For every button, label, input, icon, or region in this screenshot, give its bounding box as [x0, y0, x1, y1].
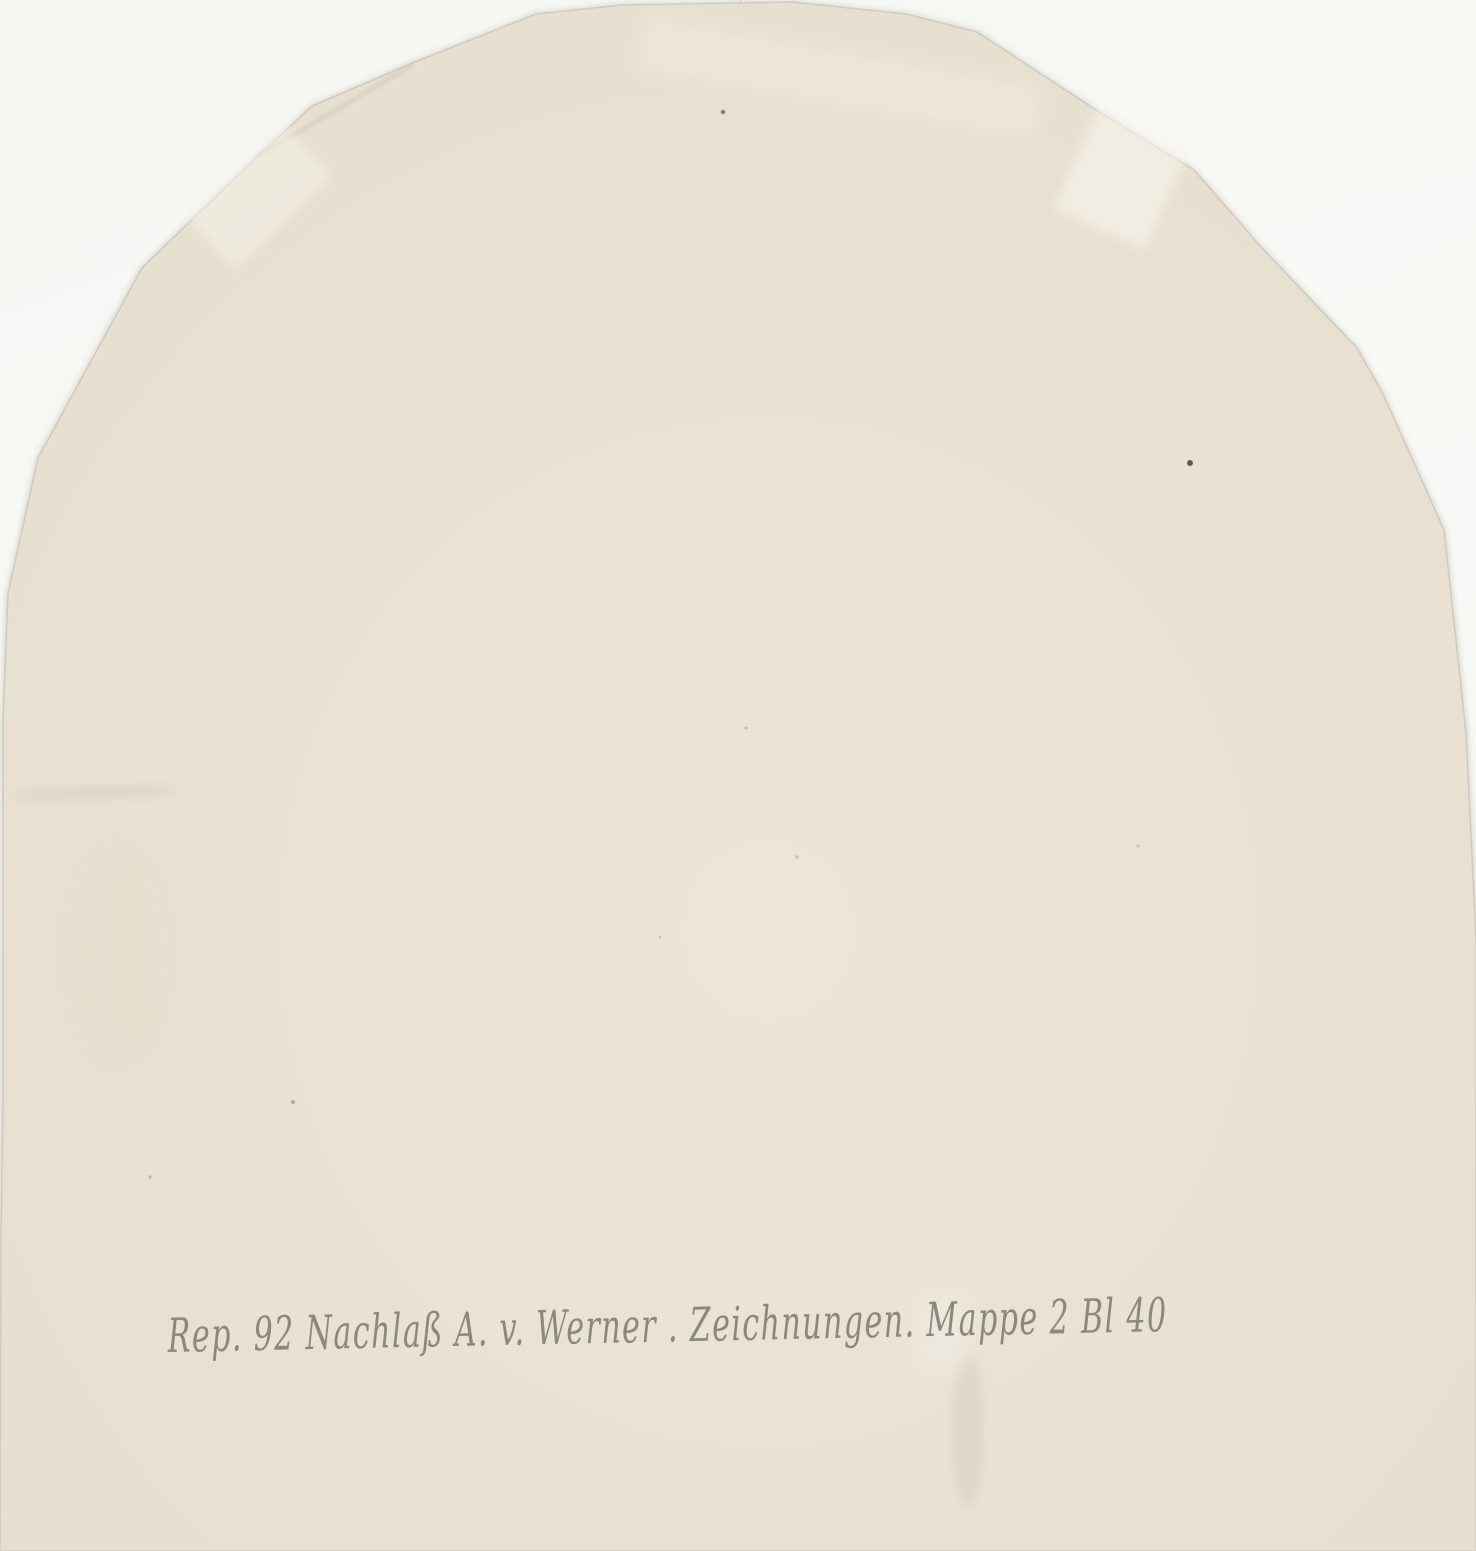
edge-toning: [60, 835, 180, 1075]
paper-grain-speck: [795, 855, 798, 858]
paper-grain-speck: [744, 726, 747, 729]
paper-scan-svg: Rep. 92 Nachlaß A. v. Werner . Zeichnung…: [0, 0, 1476, 1551]
scanned-document: Rep. 92 Nachlaß A. v. Werner . Zeichnung…: [0, 0, 1476, 1551]
fly-speck: [1187, 460, 1193, 466]
fly-speck: [721, 110, 725, 114]
fly-speck: [291, 1100, 295, 1104]
vertical-smudge: [953, 1352, 983, 1508]
paper-grain-speck: [1136, 844, 1139, 847]
paper-grain-speck: [659, 936, 662, 939]
paper-grain-speck: [148, 1175, 151, 1178]
